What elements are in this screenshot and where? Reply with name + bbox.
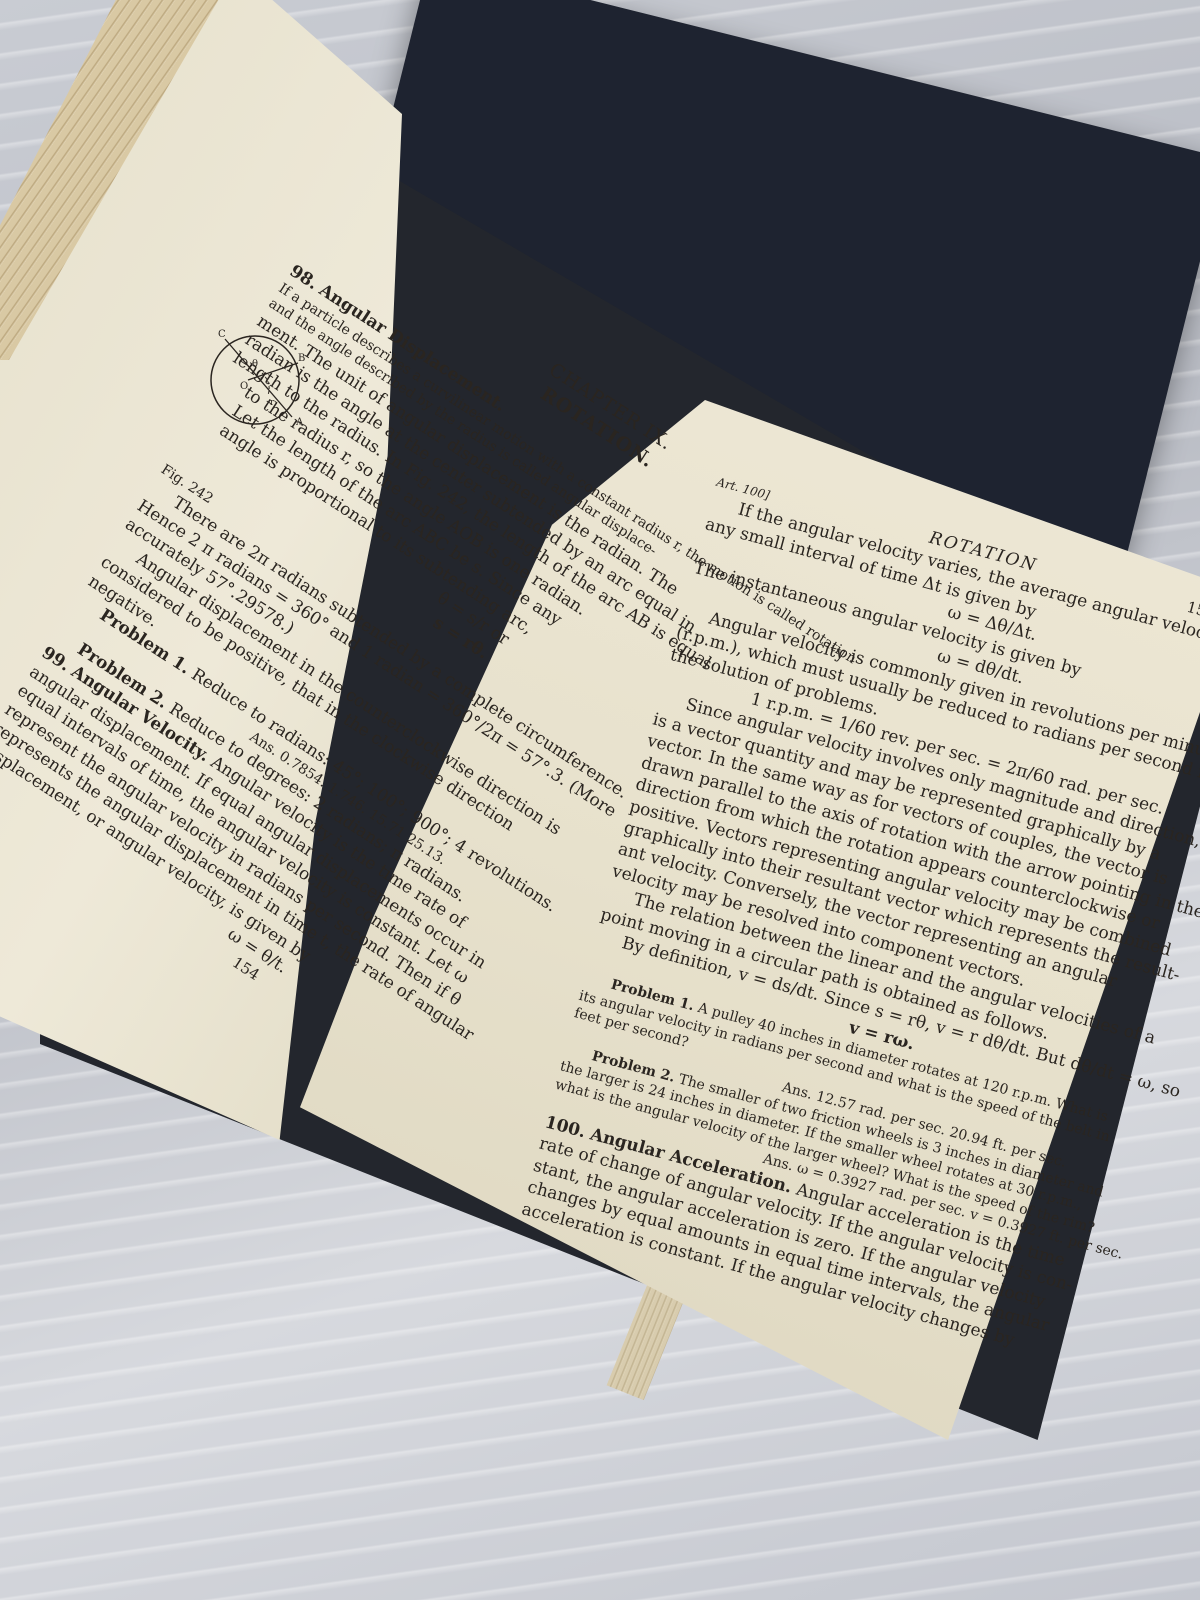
- label-o: O: [240, 381, 248, 392]
- label-b: B: [298, 353, 305, 364]
- label-r: r: [270, 398, 275, 408]
- label-a: A: [295, 417, 304, 428]
- label-theta: θ: [252, 359, 258, 370]
- figure-242-circle-diagram: C B A O θ r: [200, 325, 310, 435]
- label-c: C: [218, 329, 226, 340]
